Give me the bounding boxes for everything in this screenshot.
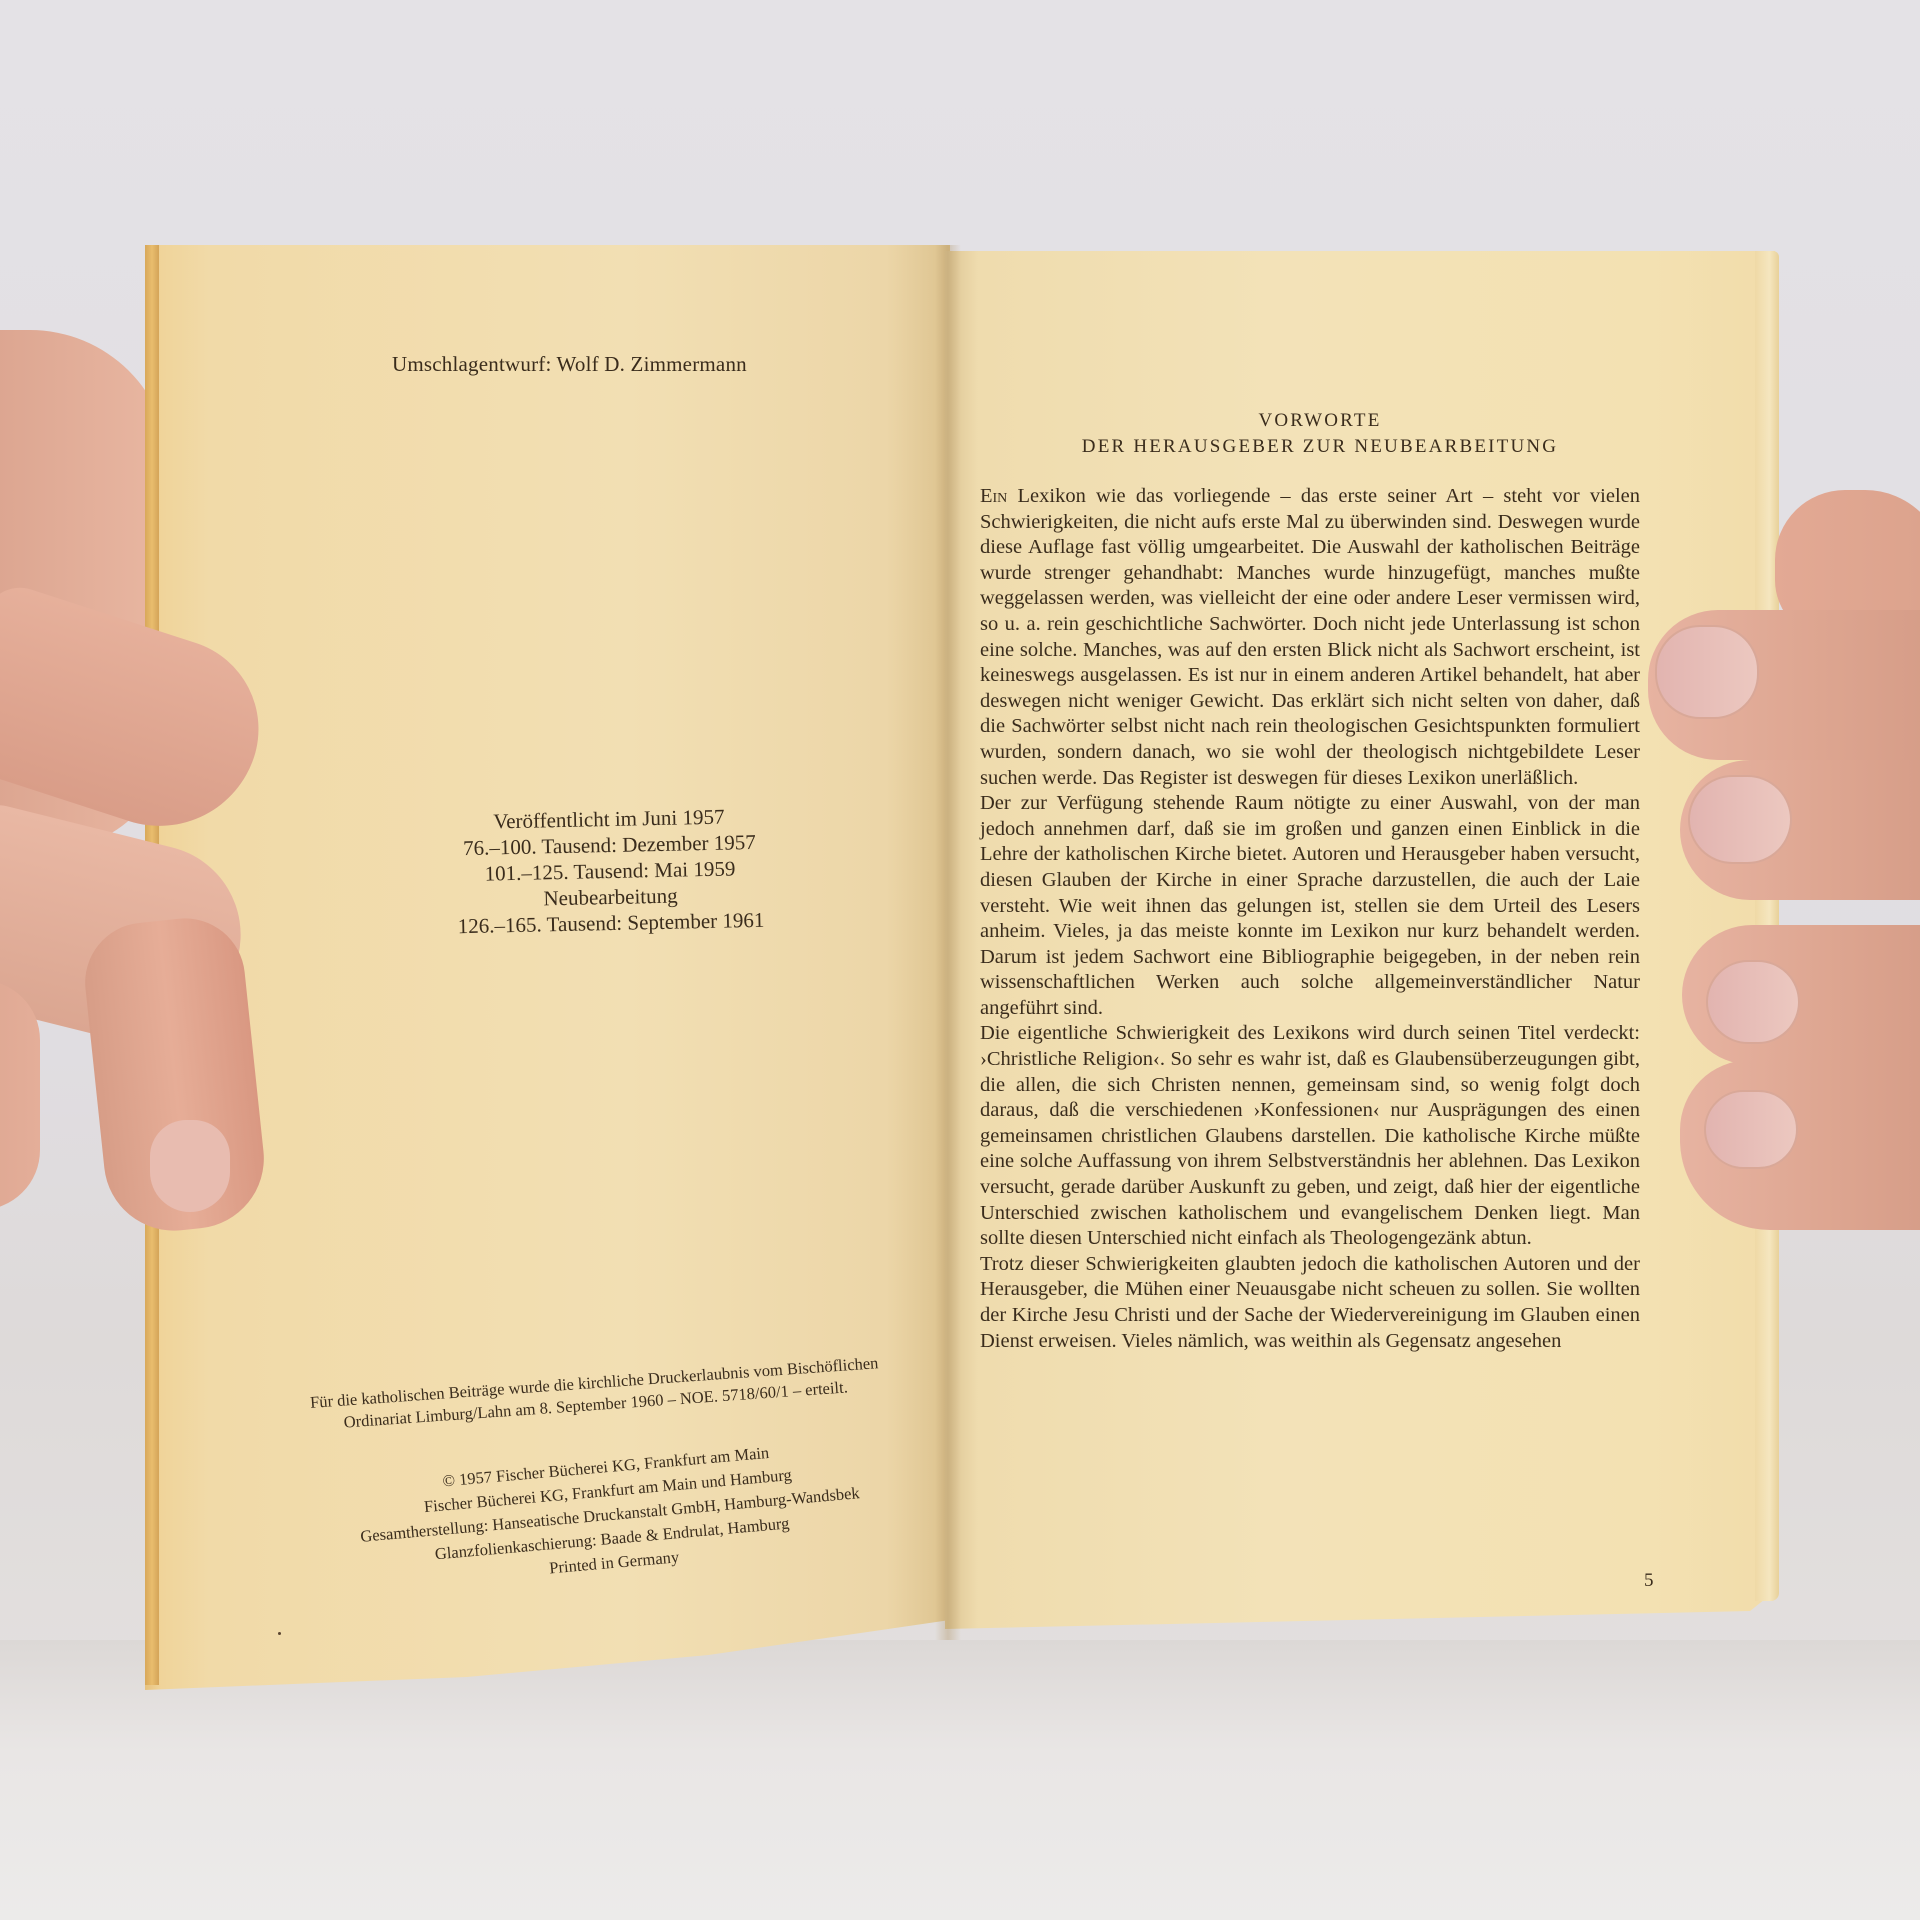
left-knuckle [0,980,40,1210]
cover-design-credit: Umschlagentwurf: Wolf D. Zimmermann [392,352,747,377]
right-little-fingernail [1704,1090,1798,1169]
paragraph: Die eigentliche Schwierigkeit des Lexiko… [980,1021,1640,1251]
paragraph: Der zur Verfügung stehende Raum nötigte … [980,791,1640,1021]
edition-history: Veröffentlicht im Juni 1957 76.–100. Tau… [399,802,822,941]
page-number: 5 [1644,1570,1654,1592]
chapter-heading: VORWORTE DER HERAUSGEBER ZUR NEUBEARBEIT… [1000,408,1640,460]
paragraph: Trotz dieser Schwierigkeiten glaubten je… [980,1252,1640,1354]
first-word: Ein [980,485,1007,507]
right-index-fingernail [1655,625,1759,719]
preface-body: Ein Lexikon wie das vorliegende – das er… [980,484,1640,1354]
paper-speck [278,1632,281,1635]
heading-subtitle: DER HERAUSGEBER ZUR NEUBEARBEITUNG [1000,434,1640,460]
paragraph: Ein Lexikon wie das vorliegende – das er… [980,484,1640,791]
right-middle-fingernail [1688,775,1792,864]
left-thumbnail [150,1120,230,1212]
heading-title: VORWORTE [1000,408,1640,434]
right-ring-fingernail [1706,960,1800,1044]
